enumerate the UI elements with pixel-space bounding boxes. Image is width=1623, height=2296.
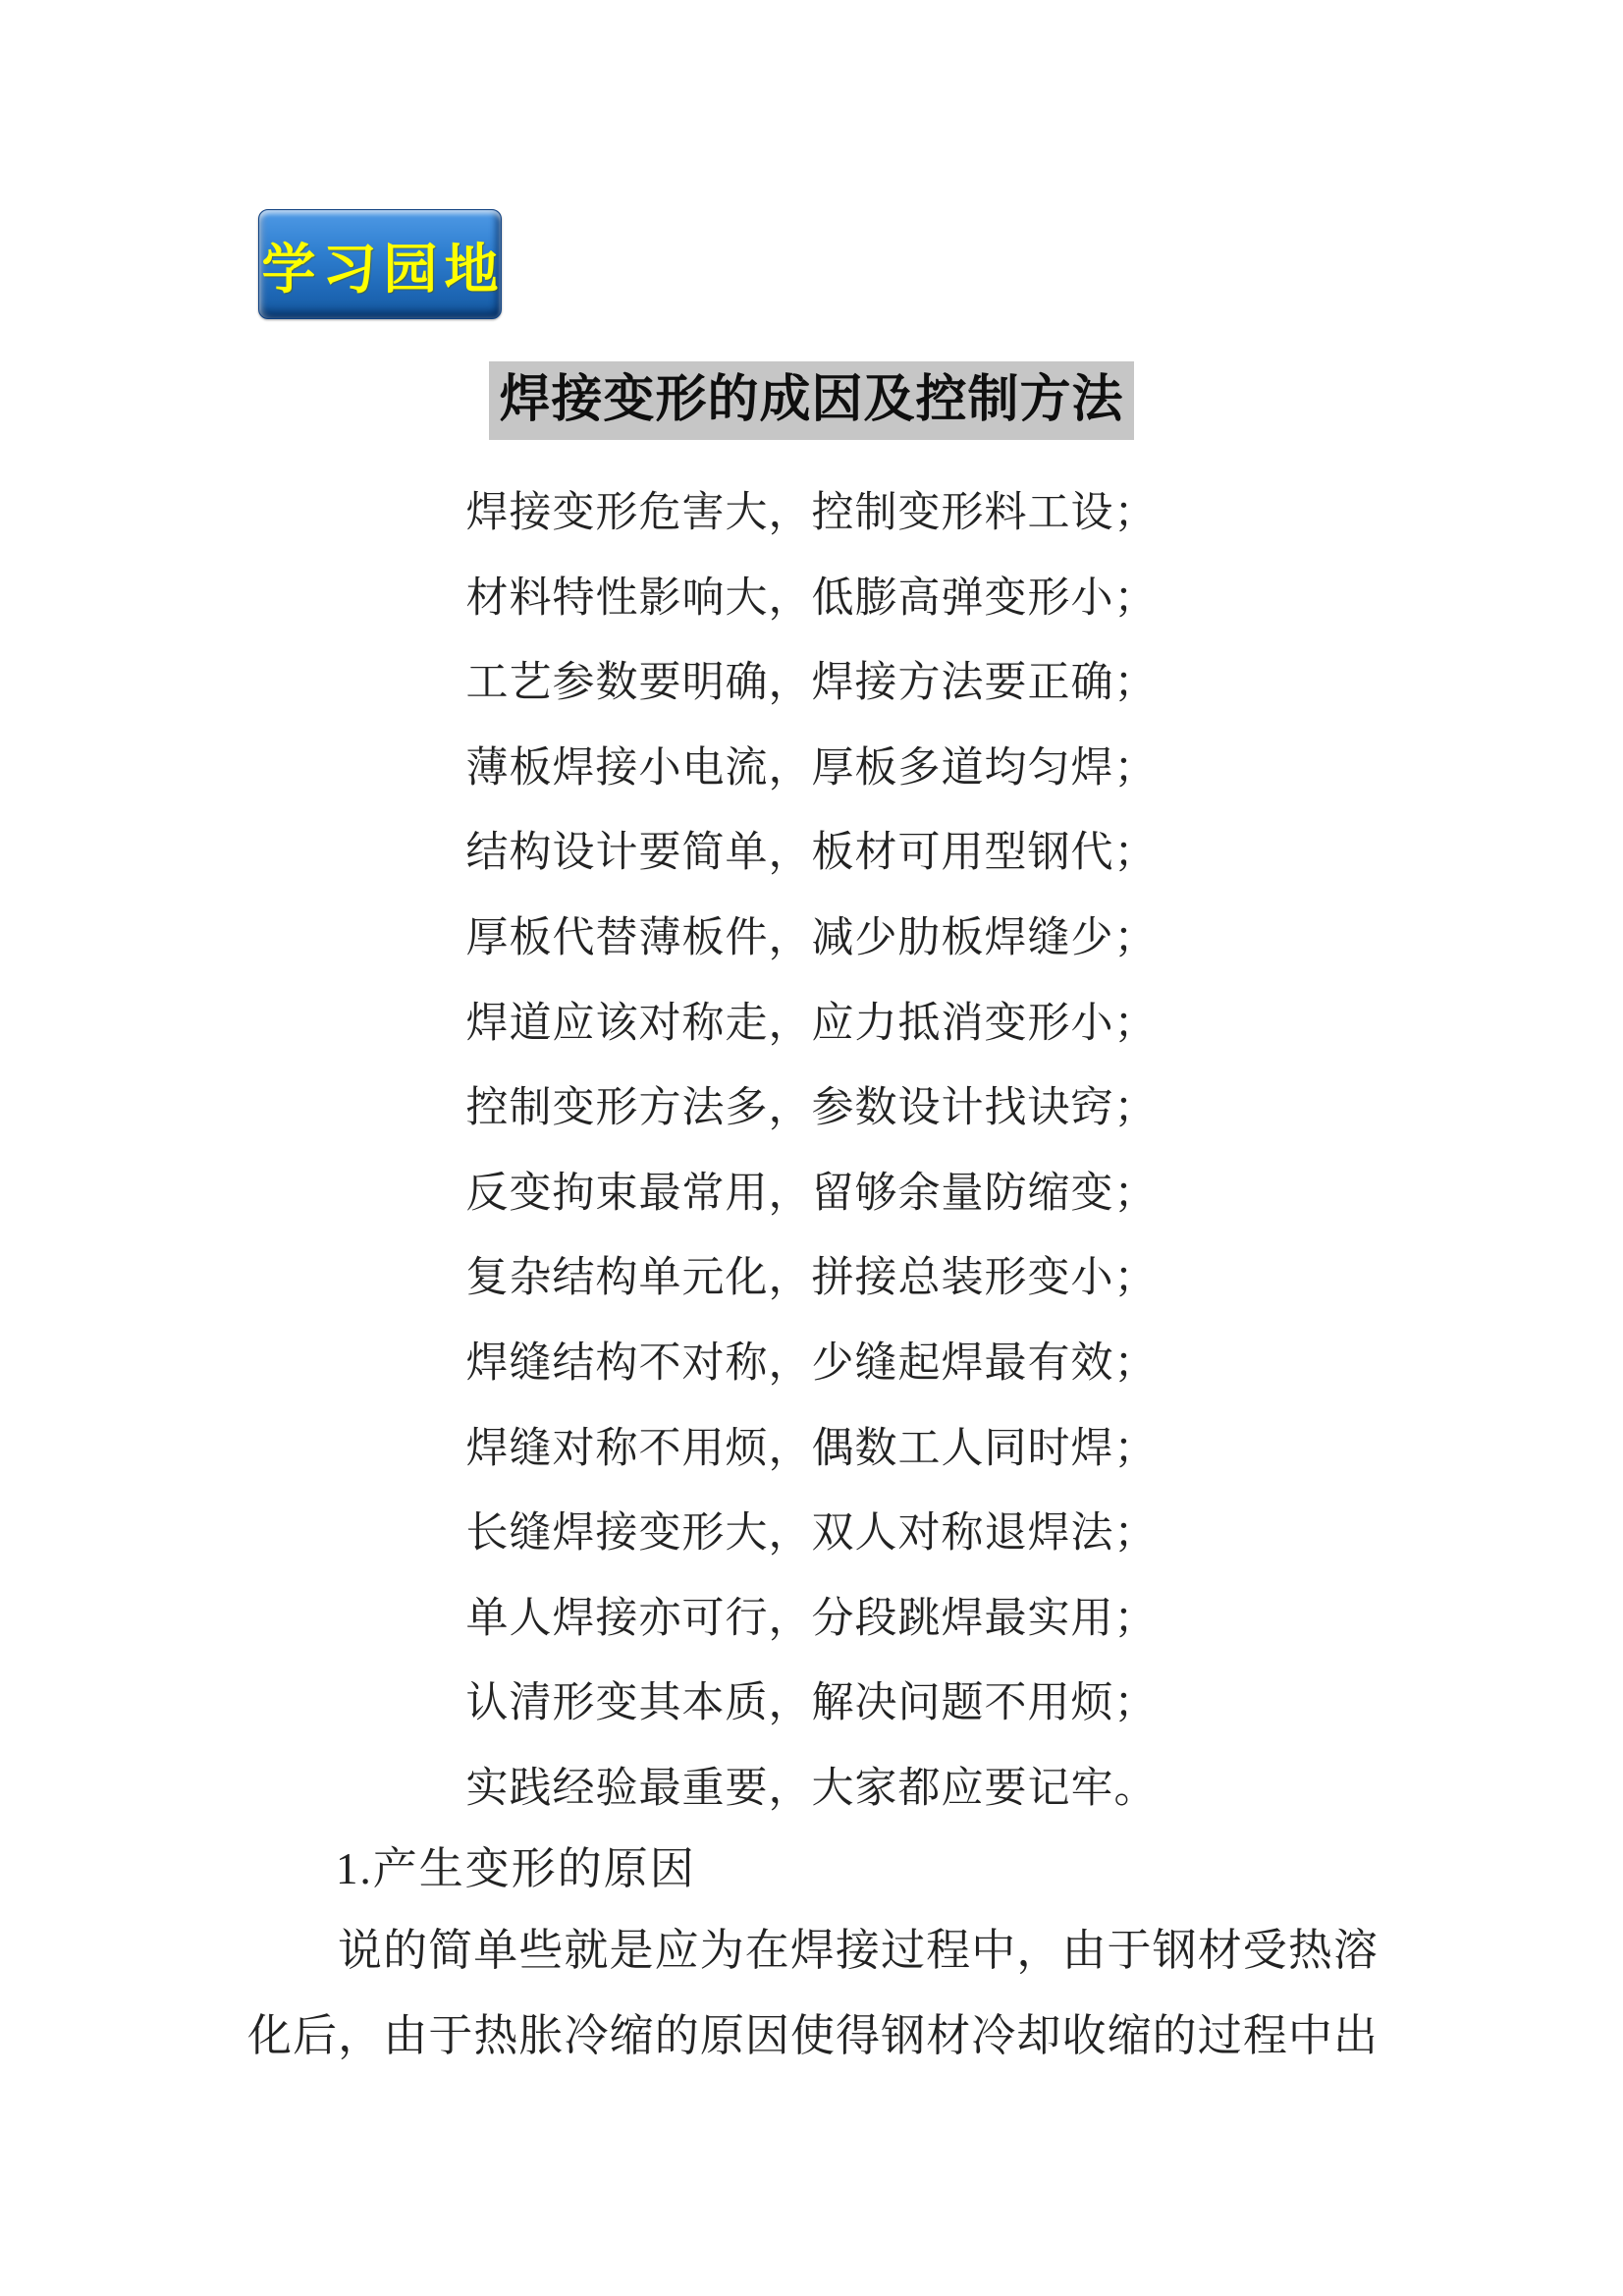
poem-line: 实践经验最重要，大家都应要记牢。 [0,1747,1623,1832]
poem-line: 薄板焊接小电流，厚板多道均匀焊； [0,727,1623,812]
document-page: 学习园地 焊接变形的成因及控制方法 焊接变形危害大，控制变形料工设； 材料特性影… [0,0,1623,2296]
poem-block: 焊接变形危害大，控制变形料工设； 材料特性影响大，低膨高弹变形小； 工艺参数要明… [0,471,1623,1832]
title-row: 焊接变形的成因及控制方法 [0,361,1623,440]
paragraph-line: 说的简单些就是应为在焊接过程中，由于钢材受热溶 [247,1908,1379,1994]
poem-line: 反变拘束最常用，留够余量防缩变； [0,1152,1623,1237]
poem-line: 认清形变其本质，解决问题不用烦； [0,1662,1623,1747]
poem-line: 单人焊接亦可行，分段跳焊最实用； [0,1577,1623,1663]
paragraph-line: 化后，由于热胀冷缩的原因使得钢材冷却收缩的过程中出 [247,1994,1379,2079]
poem-line: 焊缝结构不对称，少缝起焊最有效； [0,1322,1623,1407]
poem-line: 结构设计要简单，板材可用型钢代； [0,811,1623,897]
body-paragraph: 说的简单些就是应为在焊接过程中，由于钢材受热溶 化后，由于热胀冷缩的原因使得钢材… [247,1908,1379,2079]
poem-line: 复杂结构单元化，拼接总装形变小； [0,1236,1623,1322]
section-heading: 1.产生变形的原因 [336,1827,696,1912]
poem-line: 焊缝对称不用烦，偶数工人同时焊； [0,1407,1623,1493]
badge-label: 学习园地 [261,226,505,303]
poem-line: 工艺参数要明确，焊接方法要正确； [0,641,1623,727]
poem-line: 焊接变形危害大，控制变形料工设； [0,471,1623,557]
poem-line: 长缝焊接变形大，双人对称退焊法； [0,1492,1623,1577]
learning-garden-badge: 学习园地 [258,209,502,319]
poem-line: 厚板代替薄板件，减少肋板焊缝少； [0,897,1623,982]
page-title: 焊接变形的成因及控制方法 [489,361,1133,440]
poem-line: 焊道应该对称走，应力抵消变形小； [0,982,1623,1067]
poem-line: 控制变形方法多，参数设计找诀窍； [0,1066,1623,1152]
poem-line: 材料特性影响大，低膨高弹变形小； [0,557,1623,642]
